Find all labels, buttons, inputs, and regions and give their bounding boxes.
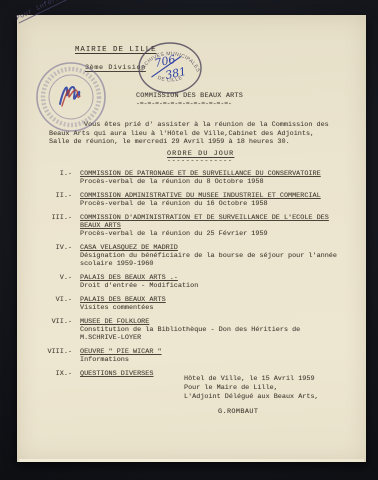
item-detail: Procès-verbal de la réunion du 16 Octobr…	[80, 200, 342, 208]
agenda-item: VIII.- OEUVRE " PIE WICAR " Informations	[17, 348, 350, 364]
pour-information-stamp: Pour information	[15, 0, 333, 24]
item-title: CASA VELASQUEZ DE MADRID	[80, 244, 178, 252]
agenda-heading-underline: --------------	[167, 157, 233, 165]
item-detail: Désignation du bénéficiaire de la bourse…	[80, 252, 342, 268]
agenda-item: II.- COMMISSION ADMINISTRATIVE DU MUSEE …	[17, 192, 350, 208]
document-title-underline: -=-=-=-=-=-=-=-=-=-=-=-=-	[136, 100, 232, 108]
item-title: COMMISSION ADMINISTRATIVE DU MUSEE INDUS…	[80, 192, 321, 200]
item-title: OEUVRE " PIE WICAR "	[80, 348, 162, 356]
agenda-item: VI.- PALAIS DES BEAUX ARTS Visites comme…	[17, 296, 350, 312]
item-number: II.-	[17, 192, 80, 208]
closing-block: Hôtel de Ville, le 15 Avril 1959 Pour le…	[184, 375, 319, 417]
place-date: Hôtel de Ville, le 15 Avril 1959	[184, 375, 319, 384]
item-number: IV.-	[17, 244, 80, 268]
agenda-list: I.- COMMISSION DE PATRONAGE ET DE SURVEI…	[17, 170, 350, 384]
closing-line: L'Adjoint Délégué aux Beaux Arts,	[184, 393, 319, 402]
item-number: VIII.-	[17, 348, 80, 364]
item-title: COMMISSION D'ADMINISTRATION ET DE SURVEI…	[80, 214, 329, 230]
item-detail: Visites commentées	[80, 304, 342, 312]
item-detail: Procès-verbal de la réunion du 25 Févrie…	[80, 230, 342, 238]
item-detail: Constitution de la Bibliothèque - Don de…	[80, 326, 342, 342]
agenda-item: I.- COMMISSION DE PATRONAGE ET DE SURVEI…	[17, 170, 350, 186]
round-cachet-stamp	[34, 60, 108, 134]
agenda-item: IV.- CASA VELASQUEZ DE MADRID Désignatio…	[17, 244, 350, 268]
agenda-item: III.- COMMISSION D'ADMINISTRATION ET DE …	[17, 214, 350, 238]
scribble-initials	[60, 87, 80, 106]
round-cachet-icon	[34, 60, 108, 134]
item-detail: Droit d'entrée - Modification	[80, 282, 342, 290]
item-title: QUESTIONS DIVERSES	[80, 370, 153, 378]
item-detail: Procès-verbal de la réunion du 8 Octobre…	[80, 178, 342, 186]
scanned-letter-page: MAIRIE DE LILLE 3ème Division COMMISSION…	[17, 15, 366, 462]
item-number: VI.-	[17, 296, 80, 312]
closing-line: Pour le Maire de Lille,	[184, 384, 319, 393]
scan-background: { "header": { "office": "MAIRIE DE LILLE…	[0, 0, 378, 480]
agenda-item: V.- PALAIS DES BEAUX ARTS .- Droit d'ent…	[17, 274, 350, 290]
archives-municipales-stamp: ARCHIVES MUNICIPALES DE LILLE 706 381	[136, 40, 204, 96]
item-title: PALAIS DES BEAUX ARTS .-	[80, 274, 178, 282]
item-title: COMMISSION DE PATRONAGE ET DE SURVEILLAN…	[80, 170, 321, 178]
signature-name: G.ROMBAUT	[184, 408, 319, 417]
item-number: VII.-	[17, 318, 80, 342]
item-detail: Informations	[80, 356, 342, 364]
agenda-item: VII.- MUSEE DE FOLKLORE Constitution de …	[17, 318, 350, 342]
item-title: PALAIS DES BEAUX ARTS	[80, 296, 166, 304]
item-number: IX.-	[17, 370, 80, 378]
item-number: III.-	[17, 214, 80, 238]
item-number: V.-	[17, 274, 80, 290]
archives-stamp-icon: ARCHIVES MUNICIPALES DE LILLE 706 381	[136, 40, 204, 96]
item-title: MUSEE DE FOLKLORE	[80, 318, 149, 326]
intro-line: Salle de réunion, le mercredi 29 Avril 1…	[49, 138, 345, 147]
item-number: I.-	[17, 170, 80, 186]
